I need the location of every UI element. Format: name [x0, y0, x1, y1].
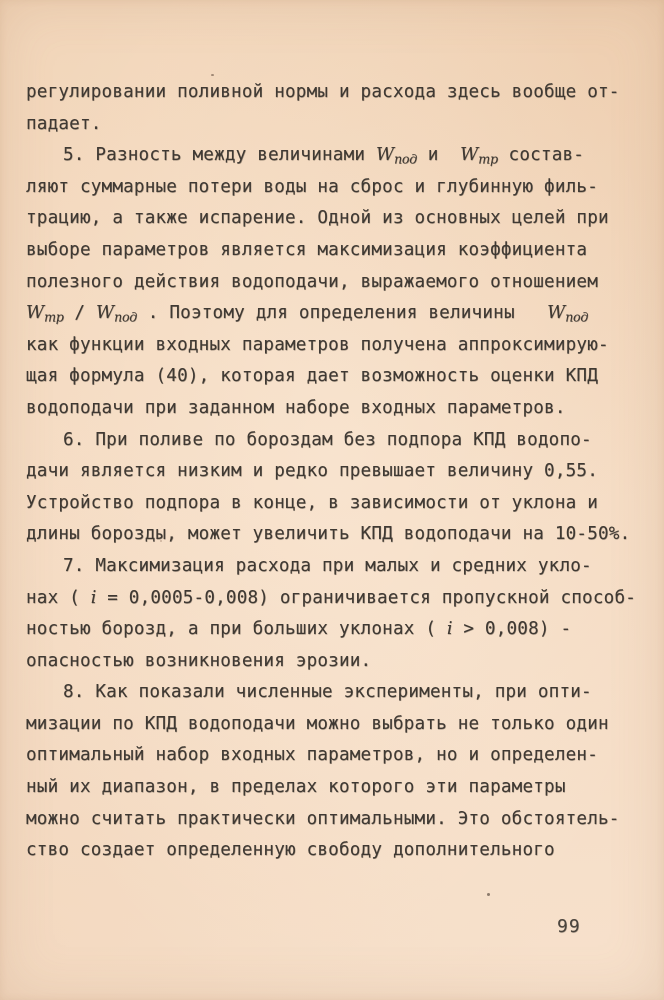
text-line: нах ( i = 0,0005-0,008) ограничивается п…: [26, 583, 646, 615]
text-line: 6. При поливе по бороздам без подпора КП…: [26, 425, 646, 457]
text-line: Wтр / Wпод . Поэтому для определения вел…: [26, 298, 646, 330]
formula-variable: Wтр: [460, 145, 498, 165]
formula-variable: Wпод: [547, 303, 588, 323]
page-number: 99: [557, 916, 581, 937]
text-line: ство создает определенную свободу дополн…: [26, 835, 646, 867]
text-line: выборе параметров является максимизация …: [26, 235, 646, 267]
text-line: полезного действия водоподачи, выражаемо…: [26, 267, 646, 299]
text-line: падает.: [26, 109, 646, 141]
text-line: водоподачи при заданном наборе входных п…: [26, 393, 646, 425]
text-line: 7. Максимизация расхода при малых и сред…: [26, 551, 646, 583]
text-line: мизации по КПД водоподачи можно выбрать …: [26, 709, 646, 741]
scanned-document-page: регулировании поливной нормы и расхода з…: [0, 0, 664, 1000]
paper-speck: [211, 74, 214, 76]
formula-variable: Wпод: [96, 303, 137, 323]
formula-variable: Wпод: [376, 145, 417, 165]
text-line: щая формула (40), которая дает возможнос…: [26, 361, 646, 393]
formula-variable: Wтр: [26, 303, 64, 323]
text-line: опасностью возникновения эрозии.: [26, 646, 646, 678]
text-line: ностью борозд, а при больших уклонах ( i…: [26, 614, 646, 646]
formula-variable: i: [447, 619, 453, 639]
formula-variable: i: [91, 588, 97, 608]
text-line: 5. Разность между величинами Wпод и Wтр …: [26, 140, 646, 172]
paper-speck: [160, 540, 162, 542]
text-line: Устройство подпора в конце, в зависимост…: [26, 488, 646, 520]
page-text: регулировании поливной нормы и расхода з…: [26, 77, 646, 867]
text-line: как функции входных параметров получена …: [26, 330, 646, 362]
text-line: оптимальный набор входных параметров, но…: [26, 740, 646, 772]
text-line: ляют суммарные потери воды на сброс и гл…: [26, 172, 646, 204]
text-line: 8. Как показали численные эксперименты, …: [26, 677, 646, 709]
text-line: ный их диапазон, в пределах которого эти…: [26, 772, 646, 804]
text-line: трацию, а также испарение. Одной из осно…: [26, 203, 646, 235]
text-line: можно считать практически оптимальными. …: [26, 804, 646, 836]
text-line: длины борозды, может увеличить КПД водоп…: [26, 519, 646, 551]
text-line: дачи является низким и редко превышает в…: [26, 456, 646, 488]
text-line: регулировании поливной нормы и расхода з…: [26, 77, 646, 109]
paper-speck: [487, 893, 490, 896]
